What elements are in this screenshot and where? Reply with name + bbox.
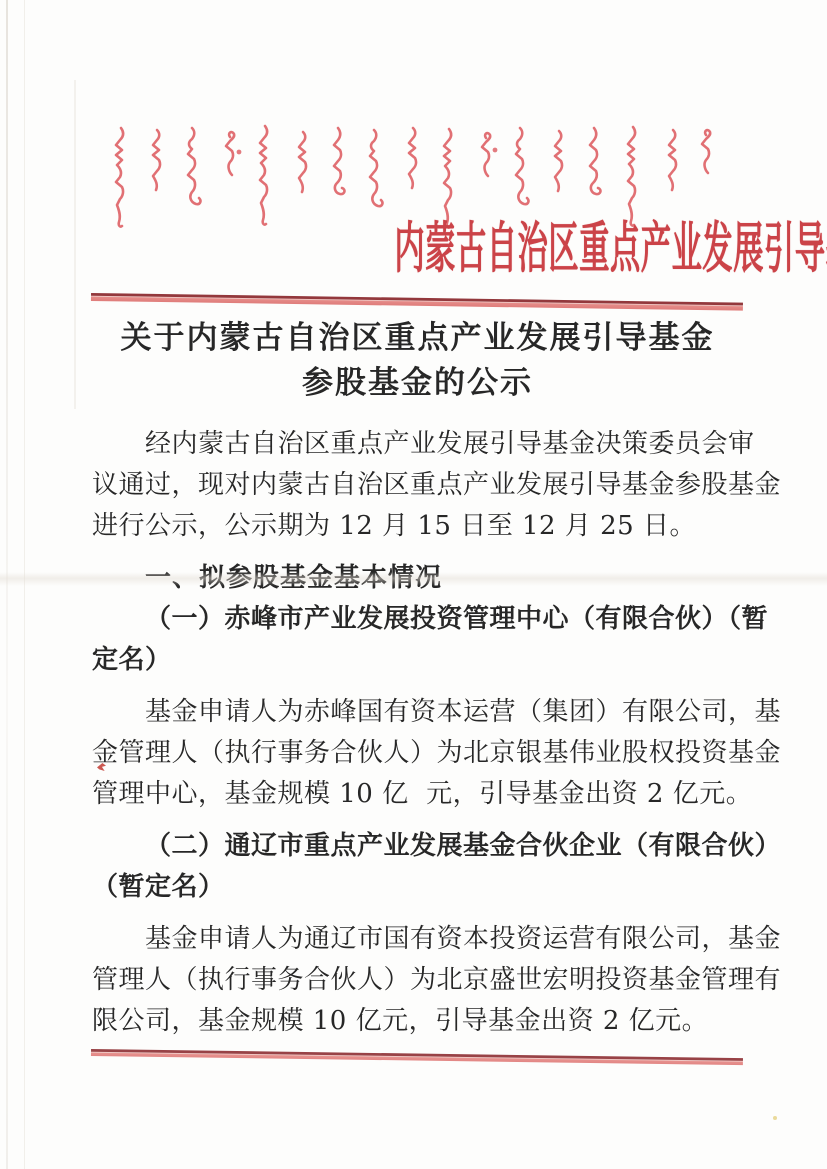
office-name: 内蒙古自治区重点产业发展引导基金决策委员会办公室 bbox=[92, 208, 743, 288]
text-block-heading: 一、拟参股基金基本情况 bbox=[92, 558, 743, 599]
document-page: 内蒙古自治区重点产业发展引导基金决策委员会办公室 关于内蒙古自治区重点产业发展引… bbox=[0, 0, 827, 1169]
text-line: 进行公示，公示期为 12 月 15 日至 12 月 25 日。 bbox=[92, 506, 743, 547]
document-column: 关于内蒙古自治区重点产业发展引导基金 参股基金的公示 经内蒙古自治区重点产业发展… bbox=[92, 316, 743, 1042]
text-line: 管理人（执行事务合伙人）为北京盛世宏明投资基金管理有 bbox=[92, 960, 743, 1001]
text-line: 定名） bbox=[92, 640, 743, 681]
document-title-line1: 关于内蒙古自治区重点产业发展引导基金 bbox=[92, 316, 743, 361]
text-line: 基金申请人为赤峰国有资本运营（集团）有限公司，基 bbox=[92, 692, 743, 733]
footer-rule bbox=[91, 1049, 743, 1065]
text-line: （二）通辽市重点产业发展基金合伙企业（有限合伙） bbox=[92, 826, 743, 867]
scan-streak bbox=[74, 80, 76, 409]
document-title: 关于内蒙古自治区重点产业发展引导基金 参股基金的公示 bbox=[92, 316, 743, 406]
scan-streak bbox=[24, 0, 25, 1169]
text-line: 基金申请人为通辽市国有资本投资运营有限公司，基金 bbox=[92, 919, 743, 960]
scan-streak bbox=[6, 0, 8, 1169]
document-title-line2: 参股基金的公示 bbox=[92, 361, 743, 406]
yellow-speck bbox=[773, 1116, 777, 1120]
text-block-sub: （一）赤峰市产业发展投资管理中心（有限合伙）（暂定名） bbox=[92, 599, 743, 681]
text-line: 金管理人（执行事务合伙人）为北京银基伟业股权投资基金 bbox=[92, 733, 743, 774]
text-block-para: 基金申请人为赤峰国有资本运营（集团）有限公司，基金管理人（执行事务合伙人）为北京… bbox=[92, 692, 743, 815]
office-name-text: 内蒙古自治区重点产业发展引导基金决策委员会办公室 bbox=[394, 208, 827, 288]
text-block-para: 经内蒙古自治区重点产业发展引导基金决策委员会审议通过，现对内蒙古自治区重点产业发… bbox=[92, 424, 743, 547]
document-body: 经内蒙古自治区重点产业发展引导基金决策委员会审议通过，现对内蒙古自治区重点产业发… bbox=[92, 424, 743, 1042]
text-line: 一、拟参股基金基本情况 bbox=[92, 558, 743, 599]
header-rule bbox=[91, 293, 743, 311]
text-block-sub: （二）通辽市重点产业发展基金合伙企业（有限合伙）（暂定名） bbox=[92, 826, 743, 908]
text-line: （暂定名） bbox=[92, 867, 743, 908]
text-line: 经内蒙古自治区重点产业发展引导基金决策委员会审 bbox=[92, 424, 743, 465]
text-line: 管理中心，基金规模 10 亿 元，引导基金出资 2 亿元。 bbox=[92, 774, 743, 815]
text-line: （一）赤峰市产业发展投资管理中心（有限合伙）（暂 bbox=[92, 599, 743, 640]
text-block-para: 基金申请人为通辽市国有资本投资运营有限公司，基金管理人（执行事务合伙人）为北京盛… bbox=[92, 919, 743, 1042]
text-line: 议通过，现对内蒙古自治区重点产业发展引导基金参股基金 bbox=[92, 465, 743, 506]
text-line: 限公司，基金规模 10 亿元，引导基金出资 2 亿元。 bbox=[92, 1001, 743, 1042]
